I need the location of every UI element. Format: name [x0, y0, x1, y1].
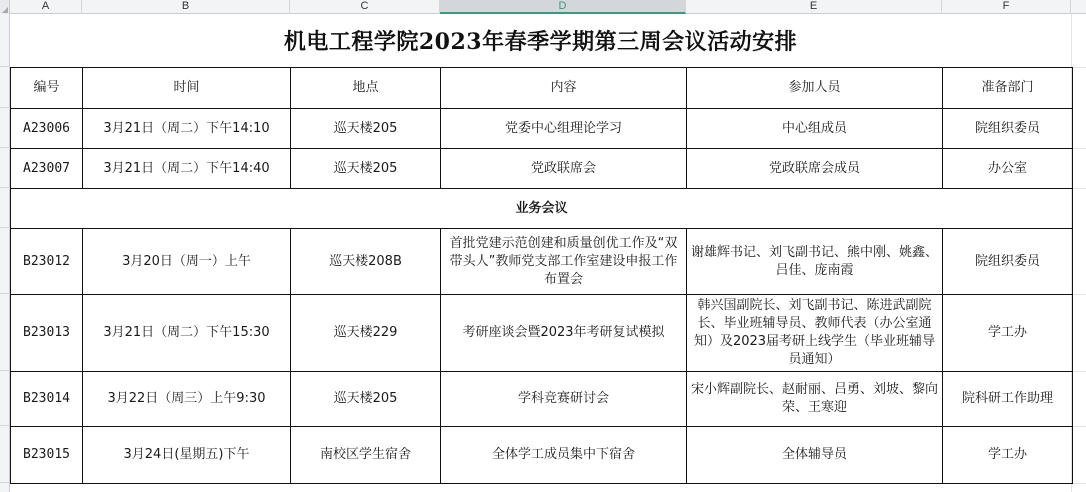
gridline [1071, 67, 1086, 68]
cell-content[interactable]: 全体学工成员集中下宿舍 [441, 427, 687, 484]
gridline [1071, 188, 1086, 189]
row-header[interactable] [0, 148, 10, 188]
header-content[interactable]: 内容 [441, 68, 687, 109]
cell-attendees[interactable]: 全体辅导员 [687, 427, 943, 484]
cell-time[interactable]: 3月21日（周二）下午15:30 [83, 295, 291, 372]
cell-time[interactable]: 3月24日(星期五)下午 [83, 427, 291, 484]
row-header[interactable] [0, 294, 10, 371]
cell-location[interactable]: 巡天楼229 [291, 295, 441, 372]
cell-content[interactable]: 学科竞赛研讨会 [441, 372, 687, 427]
cell-time[interactable]: 3月20日（周一）上午 [83, 229, 291, 295]
column-header-b[interactable]: B [82, 0, 290, 14]
cell-time[interactable]: 3月21日（周二）下午14:10 [83, 109, 291, 149]
cell-code[interactable]: A23006 [11, 109, 83, 149]
cell-department[interactable]: 院组织委员 [943, 229, 1073, 295]
row-header-bar [0, 14, 10, 492]
row-header[interactable] [0, 14, 10, 67]
cell-attendees[interactable]: 中心组成员 [687, 109, 943, 149]
gridline [1071, 371, 1086, 372]
gridline [1071, 148, 1086, 149]
cell-code[interactable]: B23014 [11, 372, 83, 427]
header-attendees[interactable]: 参加人员 [687, 68, 943, 109]
cell-code[interactable]: B23013 [11, 295, 83, 372]
cell-location[interactable]: 巡天楼205 [291, 372, 441, 427]
column-header-bar: A B C D E F [0, 0, 1086, 14]
cell-code[interactable]: B23015 [11, 427, 83, 484]
table-row: B23015 3月24日(星期五)下午 南校区学生宿舍 全体学工成员集中下宿舍 … [11, 427, 1073, 484]
meeting-schedule-table: 编号 时间 地点 内容 参加人员 准备部门 A23006 3月21日（周二）下午… [10, 67, 1073, 484]
column-header-a[interactable]: A [10, 0, 82, 14]
cell-department[interactable]: 院科研工作助理 [943, 372, 1073, 427]
row-header[interactable] [0, 188, 10, 228]
header-time[interactable]: 时间 [83, 68, 291, 109]
table-row: A23007 3月21日（周二）下午14:40 巡天楼205 党政联席会 党政联… [11, 149, 1073, 189]
section-row: 业务会议 [11, 189, 1073, 229]
cell-attendees[interactable]: 韩兴国副院长、刘飞副书记、陈进武副院长、毕业班辅导员、教师代表（办公室通知）及2… [687, 295, 943, 372]
header-code[interactable]: 编号 [11, 68, 83, 109]
gridline [1071, 426, 1086, 427]
table-row: B23013 3月21日（周二）下午15:30 巡天楼229 考研座谈会暨202… [11, 295, 1073, 372]
row-header[interactable] [0, 108, 10, 148]
header-row: 编号 时间 地点 内容 参加人员 准备部门 [11, 68, 1073, 109]
cell-location[interactable]: 巡天楼208B [291, 229, 441, 295]
row-header[interactable] [0, 426, 10, 483]
header-department[interactable]: 准备部门 [943, 68, 1073, 109]
sheet-title[interactable]: 机电工程学院2023年春季学期第三周会议活动安排 [10, 14, 1071, 67]
cell-department[interactable]: 办公室 [943, 149, 1073, 189]
column-header-f[interactable]: F [942, 0, 1071, 14]
cell-time[interactable]: 3月22日（周三）上午9:30 [83, 372, 291, 427]
column-header-c[interactable]: C [290, 0, 440, 14]
row-header[interactable] [0, 67, 10, 108]
cell-attendees[interactable]: 党政联席会成员 [687, 149, 943, 189]
cell-attendees[interactable]: 谢雄辉书记、刘飞副书记、熊中刚、姚鑫、吕佳、庞南霞 [687, 229, 943, 295]
column-header-d[interactable]: D [440, 0, 686, 14]
column-header-e[interactable]: E [686, 0, 942, 14]
cell-location[interactable]: 巡天楼205 [291, 149, 441, 189]
table-row: B23012 3月20日（周一）上午 巡天楼208B 首批党建示范创建和质量创优… [11, 229, 1073, 295]
cell-content[interactable]: 首批党建示范创建和质量创优工作及“双带头人”教师党支部工作室建设申报工作布置会 [441, 229, 687, 295]
section-title-business-meetings[interactable]: 业务会议 [11, 189, 1073, 229]
cell-attendees[interactable]: 宋小辉副院长、赵耐丽、吕勇、刘坡、黎向荣、王寒迎 [687, 372, 943, 427]
cell-time[interactable]: 3月21日（周二）下午14:40 [83, 149, 291, 189]
cell-code[interactable]: B23012 [11, 229, 83, 295]
header-location[interactable]: 地点 [291, 68, 441, 109]
row-header[interactable] [0, 371, 10, 426]
row-header[interactable] [0, 228, 10, 294]
cell-department[interactable]: 学工办 [943, 427, 1073, 484]
select-all-corner[interactable] [0, 0, 10, 14]
gridline [1071, 294, 1086, 295]
table-row: B23014 3月22日（周三）上午9:30 巡天楼205 学科竞赛研讨会 宋小… [11, 372, 1073, 427]
cell-code[interactable]: A23007 [11, 149, 83, 189]
cell-content[interactable]: 党委中心组理论学习 [441, 109, 687, 149]
cell-location[interactable]: 巡天楼205 [291, 109, 441, 149]
cell-content[interactable]: 党政联席会 [441, 149, 687, 189]
cell-department[interactable]: 院组织委员 [943, 109, 1073, 149]
cell-content[interactable]: 考研座谈会暨2023年考研复试模拟 [441, 295, 687, 372]
table-row: A23006 3月21日（周二）下午14:10 巡天楼205 党委中心组理论学习… [11, 109, 1073, 149]
cell-location[interactable]: 南校区学生宿舍 [291, 427, 441, 484]
cell-department[interactable]: 学工办 [943, 295, 1073, 372]
